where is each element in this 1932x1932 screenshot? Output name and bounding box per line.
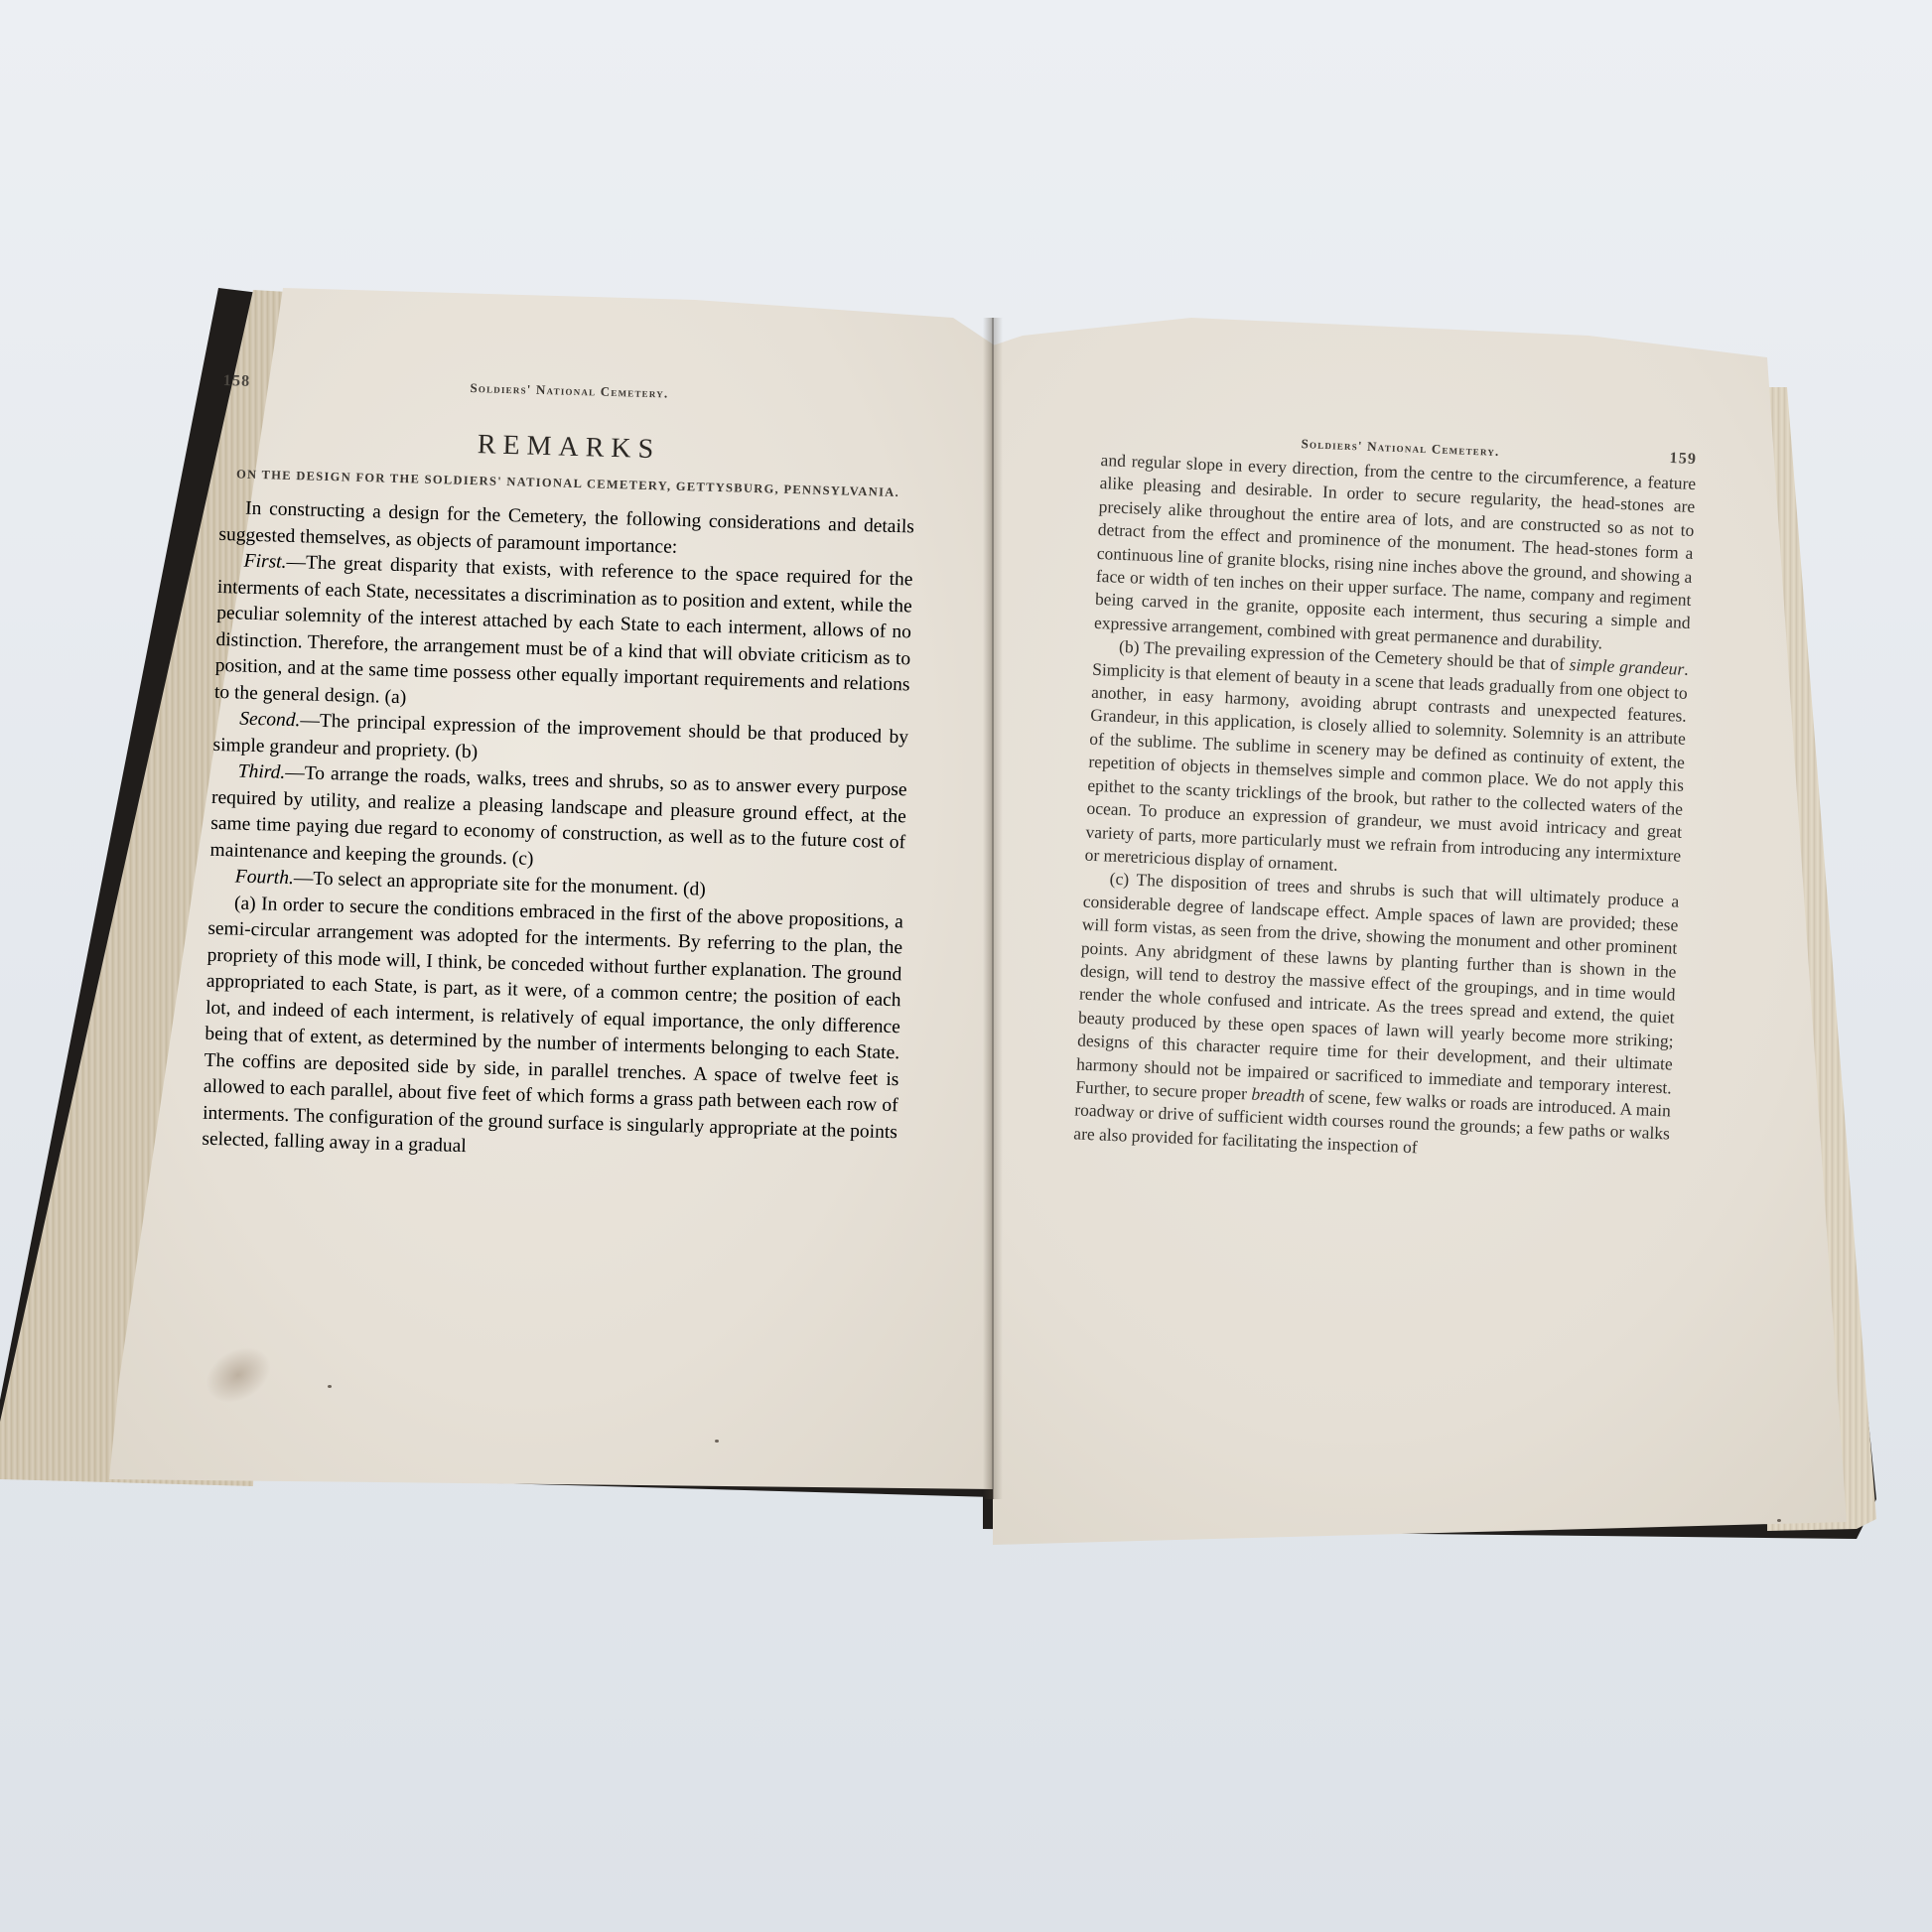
paragraph-lead: Second. [239, 709, 301, 732]
book-photo-scene: 158 Soldiers' National Cemetery. REMARKS… [0, 0, 1932, 1932]
emphasis-text: breadth [1251, 1084, 1306, 1106]
paragraph-note-a: (a) In order to secure the conditions em… [202, 890, 903, 1172]
chapter-heading: REMARKS [221, 422, 917, 474]
left-page-text: 158 Soldiers' National Cemetery. REMARKS… [202, 372, 918, 1173]
paragraph-third: Third.—To arrange the roads, walks, tree… [209, 759, 907, 884]
page-number: 159 [1669, 450, 1697, 469]
speck [715, 1440, 719, 1443]
paragraph-lead: First. [243, 551, 286, 573]
paragraph-continued: and regular slope in every direction, fr… [1094, 449, 1697, 658]
paragraph-note-c: (c) The disposition of trees and shrubs … [1073, 867, 1680, 1170]
page-number: 158 [222, 372, 250, 391]
paragraph-first: First.—The great disparity that exists, … [214, 548, 913, 725]
book-gutter [983, 318, 1003, 1499]
paragraph-lead: Third. [237, 761, 285, 783]
speck [328, 1385, 332, 1388]
paragraph-lead: Fourth. [235, 867, 295, 890]
paragraph-note-b: (b) The prevailing expression of the Cem… [1084, 634, 1689, 891]
emphasis-text: simple grandeur [1569, 654, 1684, 679]
speck [1777, 1519, 1781, 1522]
right-page-text: Soldiers' National Cemetery. 159 and reg… [1073, 427, 1698, 1170]
running-head-title: Soldiers' National Cemetery. [470, 380, 668, 402]
